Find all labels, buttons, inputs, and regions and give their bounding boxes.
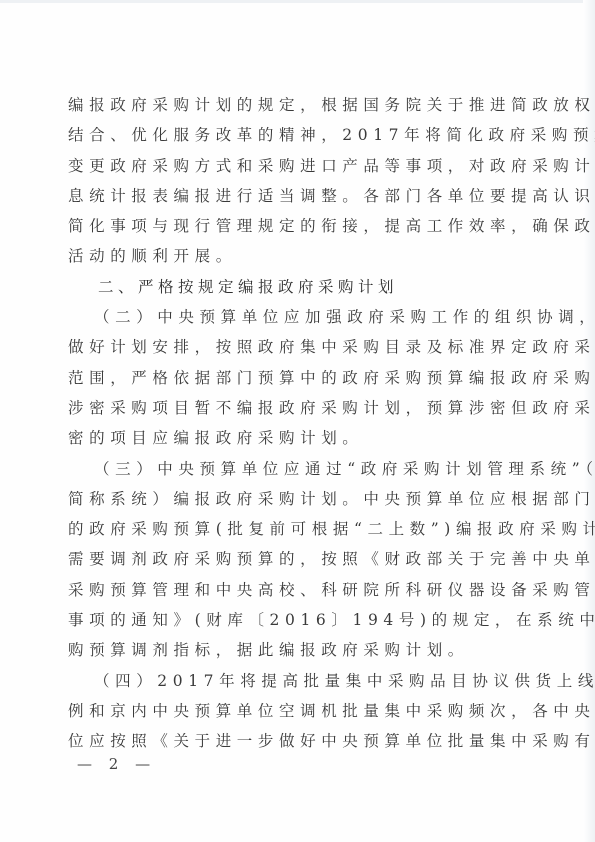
text-line: 简称系统）编报政府采购计划。中央预算单位应根据部门预算中 [68,484,528,514]
document-body: 编报政府采购计划的规定，根据国务院关于推进简政放权、放管 结合、优化服务改革的精… [68,90,528,757]
text-line: 的政府采购预算(批复前可根据“二上数”)编报政府采购计划。 [68,514,528,544]
text-line: 事项的通知》(财库〔2016〕194号)的规定，在系统中录入政府采 [68,605,528,635]
text-line: 例和京内中央预算单位空调机批量集中采购频次，各中央预算单 [68,696,528,726]
text-line: （二）中央预算单位应加强政府采购工作的组织协调，提前 [68,302,528,332]
text-line: 活动的顺利开展。 [68,241,528,271]
text-line: （四）2017年将提高批量集中采购品目协议供货上线控制比 [68,666,528,696]
text-line: 采购预算管理和中央高校、科研院所科研仪器设备采购管理有关 [68,575,528,605]
scan-edge-top [0,0,595,3]
section-heading: 二、严格按规定编报政府采购计划 [68,272,528,302]
text-line: 需要调剂政府采购预算的，按照《财政部关于完善中央单位政府 [68,544,528,574]
text-line: 位应按照《关于进一步做好中央预算单位批量集中采购有关工作 [68,726,528,756]
text-line: 结合、优化服务改革的精神，2017年将简化政府采购预算调剂、 [68,120,528,150]
text-line: 范围，严格依据部门预算中的政府采购预算编报政府采购计划。 [68,363,528,393]
text-line: 做好计划安排，按照政府集中采购目录及标准界定政府采购实施 [68,332,528,362]
text-line: 息统计报表编报进行适当调整。各部门各单位要提高认识，做好 [68,181,528,211]
page-number: — 2 — [77,755,156,773]
document-page: 编报政府采购计划的规定，根据国务院关于推进简政放权、放管 结合、优化服务改革的精… [0,0,595,842]
text-line: 涉密采购项目暂不编报政府采购计划，预算涉密但政府采购不涉 [68,393,528,423]
text-line: 编报政府采购计划的规定，根据国务院关于推进简政放权、放管 [68,90,528,120]
text-line: 购预算调剂指标，据此编报政府采购计划。 [68,635,528,665]
text-line: 简化事项与现行管理规定的衔接，提高工作效率，确保政府采购 [68,211,528,241]
text-line: 密的项目应编报政府采购计划。 [68,423,528,453]
text-line: 变更政府采购方式和采购进口产品等事项，对政府采购计划和信 [68,151,528,181]
text-line: （三）中央预算单位应通过“政府采购计划管理系统”（以下 [68,454,528,484]
